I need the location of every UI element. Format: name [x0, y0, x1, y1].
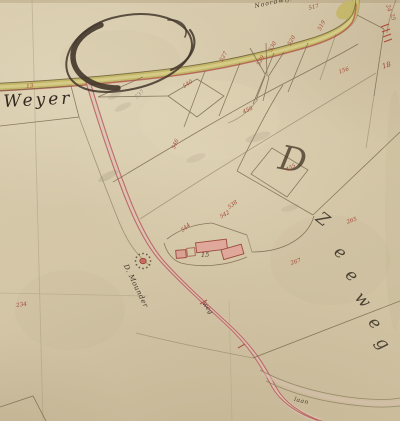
- area-name-letter: e: [364, 313, 386, 334]
- area-name-letter: g: [371, 333, 393, 354]
- diagonal-road-label-suffix: weg: [201, 300, 215, 316]
- area-name-letter: Z: [312, 208, 334, 231]
- parcel-number: 517: [308, 3, 320, 11]
- parcel-number: 25: [388, 13, 396, 22]
- house-number: 15: [201, 251, 209, 259]
- label-layer: Weyer Noordwijkerhout D. Mounder weg laa…: [0, 0, 400, 421]
- parcel-number: 520: [287, 35, 297, 47]
- area-name-letter: e: [330, 242, 351, 264]
- parcel-number: 542: [219, 210, 231, 220]
- parcel-number: 24: [384, 4, 392, 13]
- parcel-number: 527: [219, 51, 229, 63]
- parcel-number: 156: [338, 66, 350, 75]
- cadastral-map: Weyer Noordwijkerhout D. Mounder weg laa…: [0, 0, 400, 421]
- parcel-number: 13: [26, 83, 34, 90]
- parcel-number: 519: [317, 20, 327, 32]
- parcel-number: 234: [16, 302, 27, 309]
- parcel-number: 537: [134, 89, 146, 100]
- parcel-number: 529: [256, 55, 266, 67]
- parcel-number: 546: [171, 138, 180, 150]
- weyer-label: Weyer: [3, 88, 73, 112]
- area-name-letter: e: [341, 265, 362, 286]
- parcel-number: 265: [346, 216, 358, 225]
- section-letter: D: [275, 138, 309, 182]
- parcel-number: 544: [180, 222, 192, 233]
- parcel-number: 530: [268, 41, 278, 53]
- parcel-number: 456: [242, 106, 254, 116]
- area-name-letter: w: [350, 288, 375, 312]
- diagonal-road-label: D. Mounder: [122, 263, 150, 309]
- lane-label: laan: [293, 396, 309, 406]
- parcel-number: 18: [381, 60, 392, 70]
- parcel-number: 540: [182, 79, 194, 90]
- parcel-number: 267: [290, 258, 302, 267]
